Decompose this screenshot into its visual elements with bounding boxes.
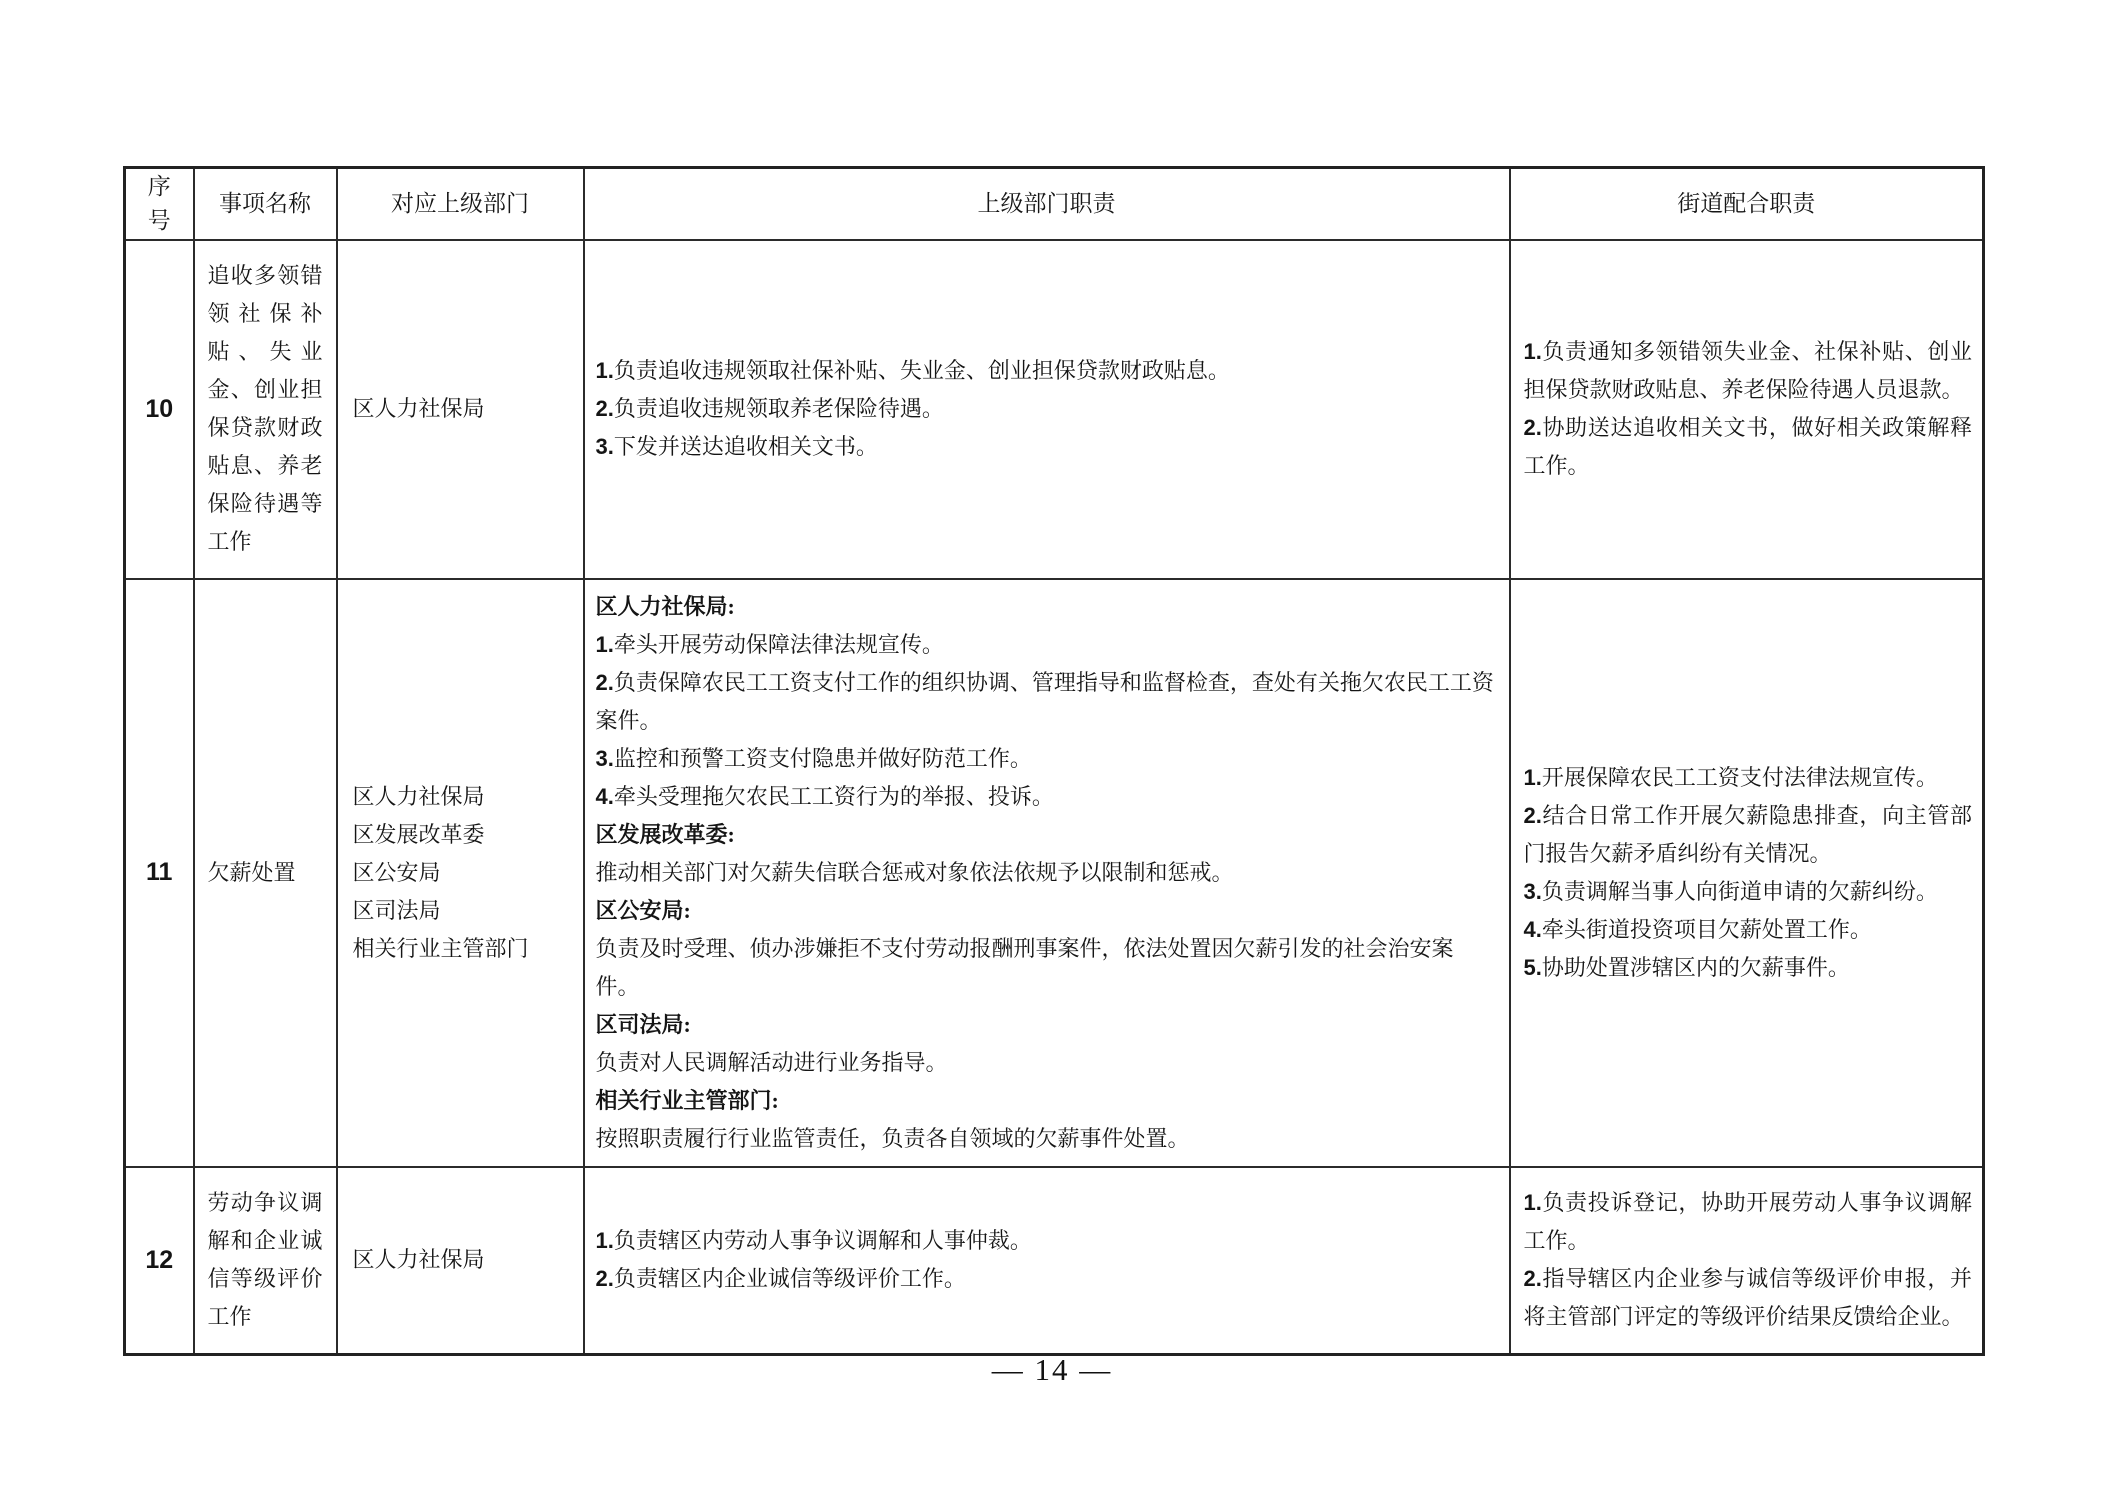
duty-line: 3.负责调解当事人向街道申请的欠薪纠纷。 bbox=[1524, 873, 1973, 911]
duty-line: 1.负责追收违规领取社保补贴、失业金、创业担保贷款财政贴息。 bbox=[596, 352, 1497, 390]
duty-line: 1.牵头开展劳动保障法律法规宣传。 bbox=[596, 626, 1497, 664]
departments-cell: 区人力社保局 bbox=[337, 240, 584, 579]
duty-line: 4.牵头受理拖欠农民工工资行为的举报、投诉。 bbox=[596, 778, 1497, 816]
superior-duties-cell: 1.负责追收违规领取社保补贴、失业金、创业担保贷款财政贴息。2.负责追收违规领取… bbox=[584, 240, 1510, 579]
duties-table: 序号 事项名称 对应上级部门 上级部门职责 街道配合职责 10追收多领错领社保补… bbox=[123, 166, 1985, 1356]
list-number: 2. bbox=[1524, 803, 1542, 828]
duty-line: 1.负责通知多领错领失业金、社保补贴、创业担保贷款财政贴息、养老保险待遇人员退款… bbox=[1524, 333, 1973, 409]
duty-line: 负责对人民调解活动进行业务指导。 bbox=[596, 1044, 1497, 1082]
duty-line: 2.负责辖区内企业诚信等级评价工作。 bbox=[596, 1260, 1497, 1298]
duty-line: 5.协助处置涉辖区内的欠薪事件。 bbox=[1524, 949, 1973, 987]
duty-section-heading: 区发展改革委: bbox=[596, 816, 1497, 854]
row-index-cell: 12 bbox=[125, 1167, 194, 1355]
duty-line: 4.牵头街道投资项目欠薪处置工作。 bbox=[1524, 911, 1973, 949]
header-item-name: 事项名称 bbox=[194, 168, 337, 240]
department-line: 相关行业主管部门 bbox=[353, 930, 575, 968]
header-street-duties: 街道配合职责 bbox=[1510, 168, 1984, 240]
duty-line: 3.下发并送达追收相关文书。 bbox=[596, 428, 1497, 466]
list-number: 3. bbox=[596, 746, 614, 771]
item-name-cell: 欠薪处置 bbox=[194, 579, 337, 1167]
duty-section-heading: 相关行业主管部门: bbox=[596, 1082, 1497, 1120]
row-index-cell: 10 bbox=[125, 240, 194, 579]
table-row: 11欠薪处置区人力社保局区发展改革委区公安局区司法局相关行业主管部门区人力社保局… bbox=[125, 579, 1984, 1167]
department-line: 区司法局 bbox=[353, 892, 575, 930]
item-name-cell: 追收多领错领社保补贴、失业金、创业担保贷款财政贴息、养老保险待遇等工作 bbox=[194, 240, 337, 579]
list-number: 5. bbox=[1524, 955, 1542, 980]
list-number: 1. bbox=[1524, 765, 1542, 790]
list-number: 1. bbox=[596, 358, 614, 383]
duty-line: 2.协助送达追收相关文书，做好相关政策解释工作。 bbox=[1524, 409, 1973, 485]
list-number: 2. bbox=[596, 670, 614, 695]
duty-section-heading: 区司法局: bbox=[596, 1006, 1497, 1044]
duty-line: 2.结合日常工作开展欠薪隐患排查，向主管部门报告欠薪矛盾纠纷有关情况。 bbox=[1524, 797, 1973, 873]
page-number: — 14 — bbox=[0, 1352, 2104, 1388]
departments-cell: 区人力社保局区发展改革委区公安局区司法局相关行业主管部门 bbox=[337, 579, 584, 1167]
department-line: 区公安局 bbox=[353, 854, 575, 892]
list-number: 2. bbox=[596, 396, 614, 421]
list-number: 3. bbox=[596, 434, 614, 459]
department-line: 区人力社保局 bbox=[353, 778, 575, 816]
table-row: 12劳动争议调解和企业诚信等级评价工作区人力社保局1.负责辖区内劳动人事争议调解… bbox=[125, 1167, 1984, 1355]
row-index-cell: 11 bbox=[125, 579, 194, 1167]
street-duties-cell: 1.负责通知多领错领失业金、社保补贴、创业担保贷款财政贴息、养老保险待遇人员退款… bbox=[1510, 240, 1984, 579]
department-line: 区发展改革委 bbox=[353, 816, 575, 854]
duty-line: 2.指导辖区内企业参与诚信等级评价申报，并将主管部门评定的等级评价结果反馈给企业… bbox=[1524, 1260, 1973, 1336]
item-name-cell: 劳动争议调解和企业诚信等级评价工作 bbox=[194, 1167, 337, 1355]
header-index: 序号 bbox=[125, 168, 194, 240]
duty-line: 3.监控和预警工资支付隐患并做好防范工作。 bbox=[596, 740, 1497, 778]
street-duties-cell: 1.开展保障农民工工资支付法律法规宣传。2.结合日常工作开展欠薪隐患排查，向主管… bbox=[1510, 579, 1984, 1167]
street-duties-cell: 1.负责投诉登记，协助开展劳动人事争议调解工作。2.指导辖区内企业参与诚信等级评… bbox=[1510, 1167, 1984, 1355]
document-page: 序号 事项名称 对应上级部门 上级部门职责 街道配合职责 10追收多领错领社保补… bbox=[0, 0, 2104, 1488]
duty-section-heading: 区公安局: bbox=[596, 892, 1497, 930]
table-row: 10追收多领错领社保补贴、失业金、创业担保贷款财政贴息、养老保险待遇等工作区人力… bbox=[125, 240, 1984, 579]
list-number: 1. bbox=[1524, 1190, 1542, 1215]
list-number: 2. bbox=[1524, 1266, 1542, 1291]
list-number: 2. bbox=[1524, 415, 1542, 440]
list-number: 4. bbox=[596, 784, 614, 809]
department-line: 区人力社保局 bbox=[353, 1241, 575, 1279]
department-line: 区人力社保局 bbox=[353, 390, 575, 428]
list-number: 2. bbox=[596, 1266, 614, 1291]
superior-duties-cell: 1.负责辖区内劳动人事争议调解和人事仲裁。2.负责辖区内企业诚信等级评价工作。 bbox=[584, 1167, 1510, 1355]
table-header-row: 序号 事项名称 对应上级部门 上级部门职责 街道配合职责 bbox=[125, 168, 1984, 240]
list-number: 1. bbox=[1524, 339, 1542, 364]
header-superior-dept: 对应上级部门 bbox=[337, 168, 584, 240]
list-number: 4. bbox=[1524, 917, 1542, 942]
duty-section-heading: 区人力社保局: bbox=[596, 588, 1497, 626]
duty-line: 2.负责追收违规领取养老保险待遇。 bbox=[596, 390, 1497, 428]
duty-line: 2.负责保障农民工工资支付工作的组织协调、管理指导和监督检查，查处有关拖欠农民工… bbox=[596, 664, 1497, 740]
duty-line: 负责及时受理、侦办涉嫌拒不支付劳动报酬刑事案件，依法处置因欠薪引发的社会治安案件… bbox=[596, 930, 1497, 1006]
list-number: 1. bbox=[596, 632, 614, 657]
list-number: 1. bbox=[596, 1228, 614, 1253]
duty-line: 1.负责投诉登记，协助开展劳动人事争议调解工作。 bbox=[1524, 1184, 1973, 1260]
superior-duties-cell: 区人力社保局:1.牵头开展劳动保障法律法规宣传。2.负责保障农民工工资支付工作的… bbox=[584, 579, 1510, 1167]
duty-line: 1.负责辖区内劳动人事争议调解和人事仲裁。 bbox=[596, 1222, 1497, 1260]
header-superior-duties: 上级部门职责 bbox=[584, 168, 1510, 240]
duty-line: 按照职责履行行业监管责任，负责各自领域的欠薪事件处置。 bbox=[596, 1120, 1497, 1158]
list-number: 3. bbox=[1524, 879, 1542, 904]
duty-line: 推动相关部门对欠薪失信联合惩戒对象依法依规予以限制和惩戒。 bbox=[596, 854, 1497, 892]
departments-cell: 区人力社保局 bbox=[337, 1167, 584, 1355]
duty-line: 1.开展保障农民工工资支付法律法规宣传。 bbox=[1524, 759, 1973, 797]
